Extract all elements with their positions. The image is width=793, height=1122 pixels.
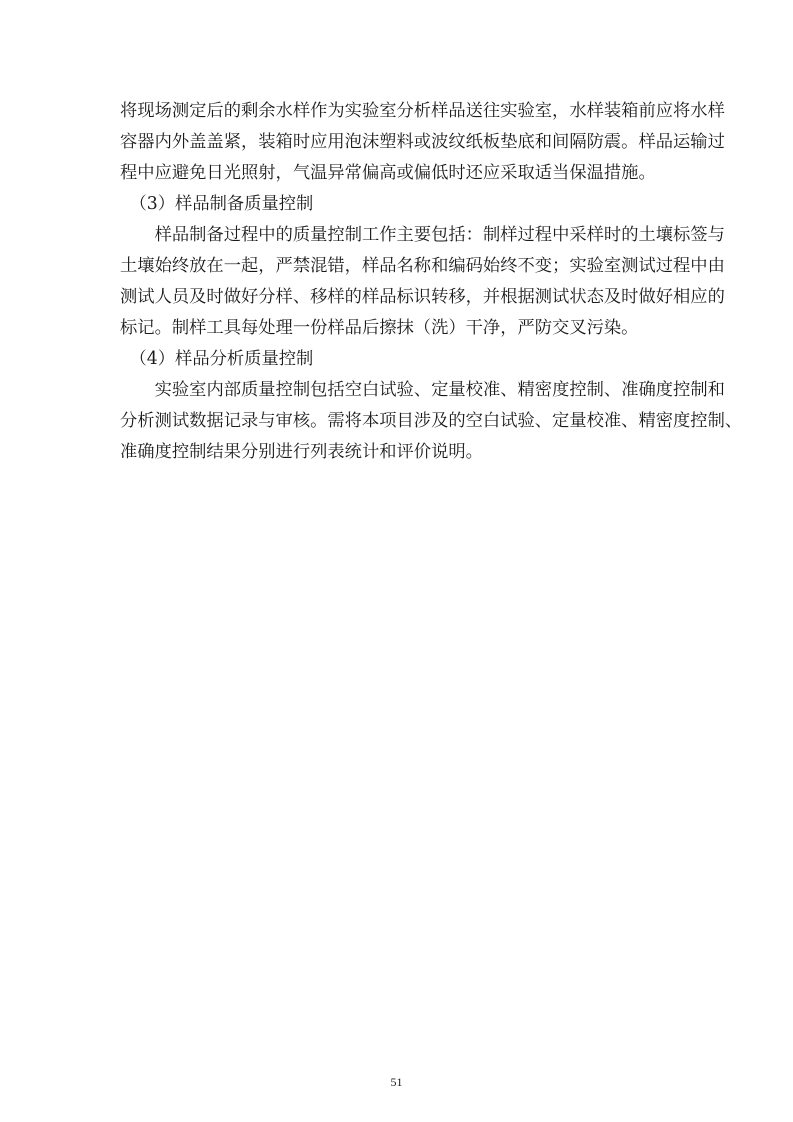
text-line: 测试人员及时做好分样、移样的样品标识转移，并根据测试状态及时做好相应的 (120, 282, 682, 313)
text-line: 程中应避免日光照射，气温异常偏高或偏低时还应采取适当保温措施。 (120, 158, 682, 189)
text-line: 标记。制样工具每处理一份样品后擦抹（洗）干净，严防交叉污染。 (120, 313, 682, 344)
text-line: 准确度控制结果分别进行列表统计和评价说明。 (120, 437, 682, 468)
paragraph-sample-analysis: 实验室内部质量控制包括空白试验、定量校准、精密度控制、准确度控制和 分析测试数据… (120, 375, 682, 468)
text-line: 土壤始终放在一起，严禁混错，样品名称和编码始终不变；实验室测试过程中由 (120, 251, 682, 282)
paragraph-sample-transport: 将现场测定后的剩余水样作为实验室分析样品送往实验室，水样装箱前应将水样 容器内外… (120, 96, 682, 189)
text-line: 分析测试数据记录与审核。需将本项目涉及的空白试验、定量校准、精密度控制、 (120, 406, 682, 437)
text-line: 样品制备过程中的质量控制工作主要包括：制样过程中采样时的土壤标签与 (120, 220, 682, 251)
text-line: 实验室内部质量控制包括空白试验、定量校准、精密度控制、准确度控制和 (120, 375, 682, 406)
page-content: 将现场测定后的剩余水样作为实验室分析样品送往实验室，水样装箱前应将水样 容器内外… (120, 96, 682, 468)
text-line: 将现场测定后的剩余水样作为实验室分析样品送往实验室，水样装箱前应将水样 (120, 96, 682, 127)
text-line: 容器内外盖盖紧，装箱时应用泡沫塑料或波纹纸板垫底和间隔防震。样品运输过 (120, 127, 682, 158)
section-heading-sample-preparation: （3）样品制备质量控制 (120, 189, 682, 220)
section-heading-sample-analysis: （4）样品分析质量控制 (120, 344, 682, 375)
paragraph-sample-preparation: 样品制备过程中的质量控制工作主要包括：制样过程中采样时的土壤标签与 土壤始终放在… (120, 220, 682, 344)
page-number: 51 (0, 1075, 793, 1090)
document-page: 将现场测定后的剩余水样作为实验室分析样品送往实验室，水样装箱前应将水样 容器内外… (0, 0, 793, 1122)
